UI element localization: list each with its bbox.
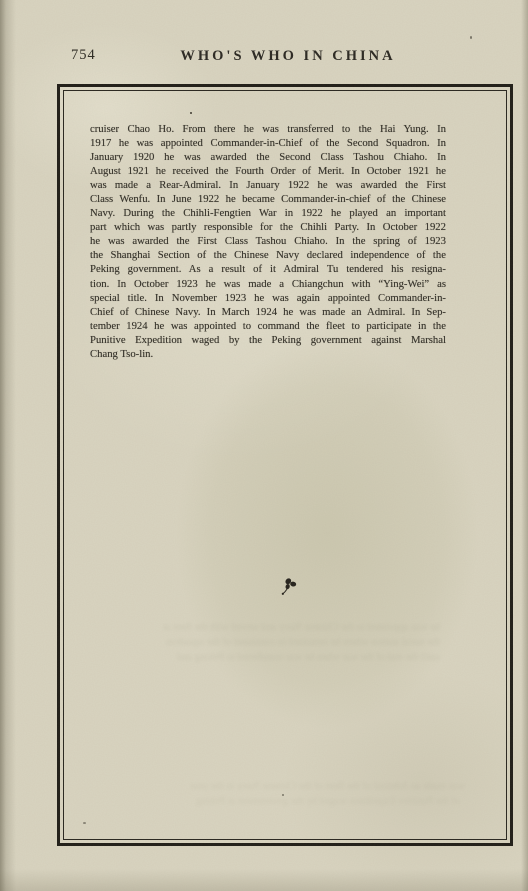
- page-edge-shadow-left: [0, 0, 18, 891]
- text-line: Peking government. As a result of it Adm…: [90, 262, 446, 276]
- text-line: special title. In November 1923 he was a…: [90, 291, 446, 305]
- text-line: the Shanghai Section of the Chinese Navy…: [90, 248, 446, 262]
- page-title: WHO'S WHO IN CHINA: [57, 48, 519, 65]
- text-line: cruiser Chao Ho. From there he was trans…: [90, 122, 446, 136]
- text-line: part which was partly responsible for th…: [90, 220, 446, 234]
- text-line: Navy. During the Chihli-Fengtien War in …: [90, 206, 446, 220]
- fleuron-icon: [277, 575, 299, 597]
- text-line: 1917 he was appointed Commander-in-Chief…: [90, 136, 446, 150]
- text-line: Punitive Expedition waged by the Peking …: [90, 333, 446, 347]
- text-line: Class Wenfu. In June 1922 he became Comm…: [90, 192, 446, 206]
- text-line: January 1920 he was awarded the Second C…: [90, 150, 446, 164]
- text-line: tion. In October 1923 he was made a Chia…: [90, 277, 446, 291]
- page-edge-shadow-right: [520, 0, 528, 891]
- text-line: was made a Rear-Admiral. In January 1922…: [90, 178, 446, 192]
- text-line: tember 1924 he was appointed to command …: [90, 319, 446, 333]
- text-line: August 1921 he received the Fourth Order…: [90, 164, 446, 178]
- book-page: 754 WHO'S WHO IN CHINA cruiser Chao Ho. …: [0, 0, 528, 891]
- page-edge-shadow-bottom: [0, 869, 528, 891]
- text-line: he was awarded the First Class Tashou Ch…: [90, 234, 446, 248]
- text-line: Chief of Chinese Navy. In March 1924 he …: [90, 305, 446, 319]
- biography-paragraph: cruiser Chao Ho. From there he was trans…: [90, 122, 446, 361]
- text-line: Chang Tso-lin.: [90, 347, 446, 361]
